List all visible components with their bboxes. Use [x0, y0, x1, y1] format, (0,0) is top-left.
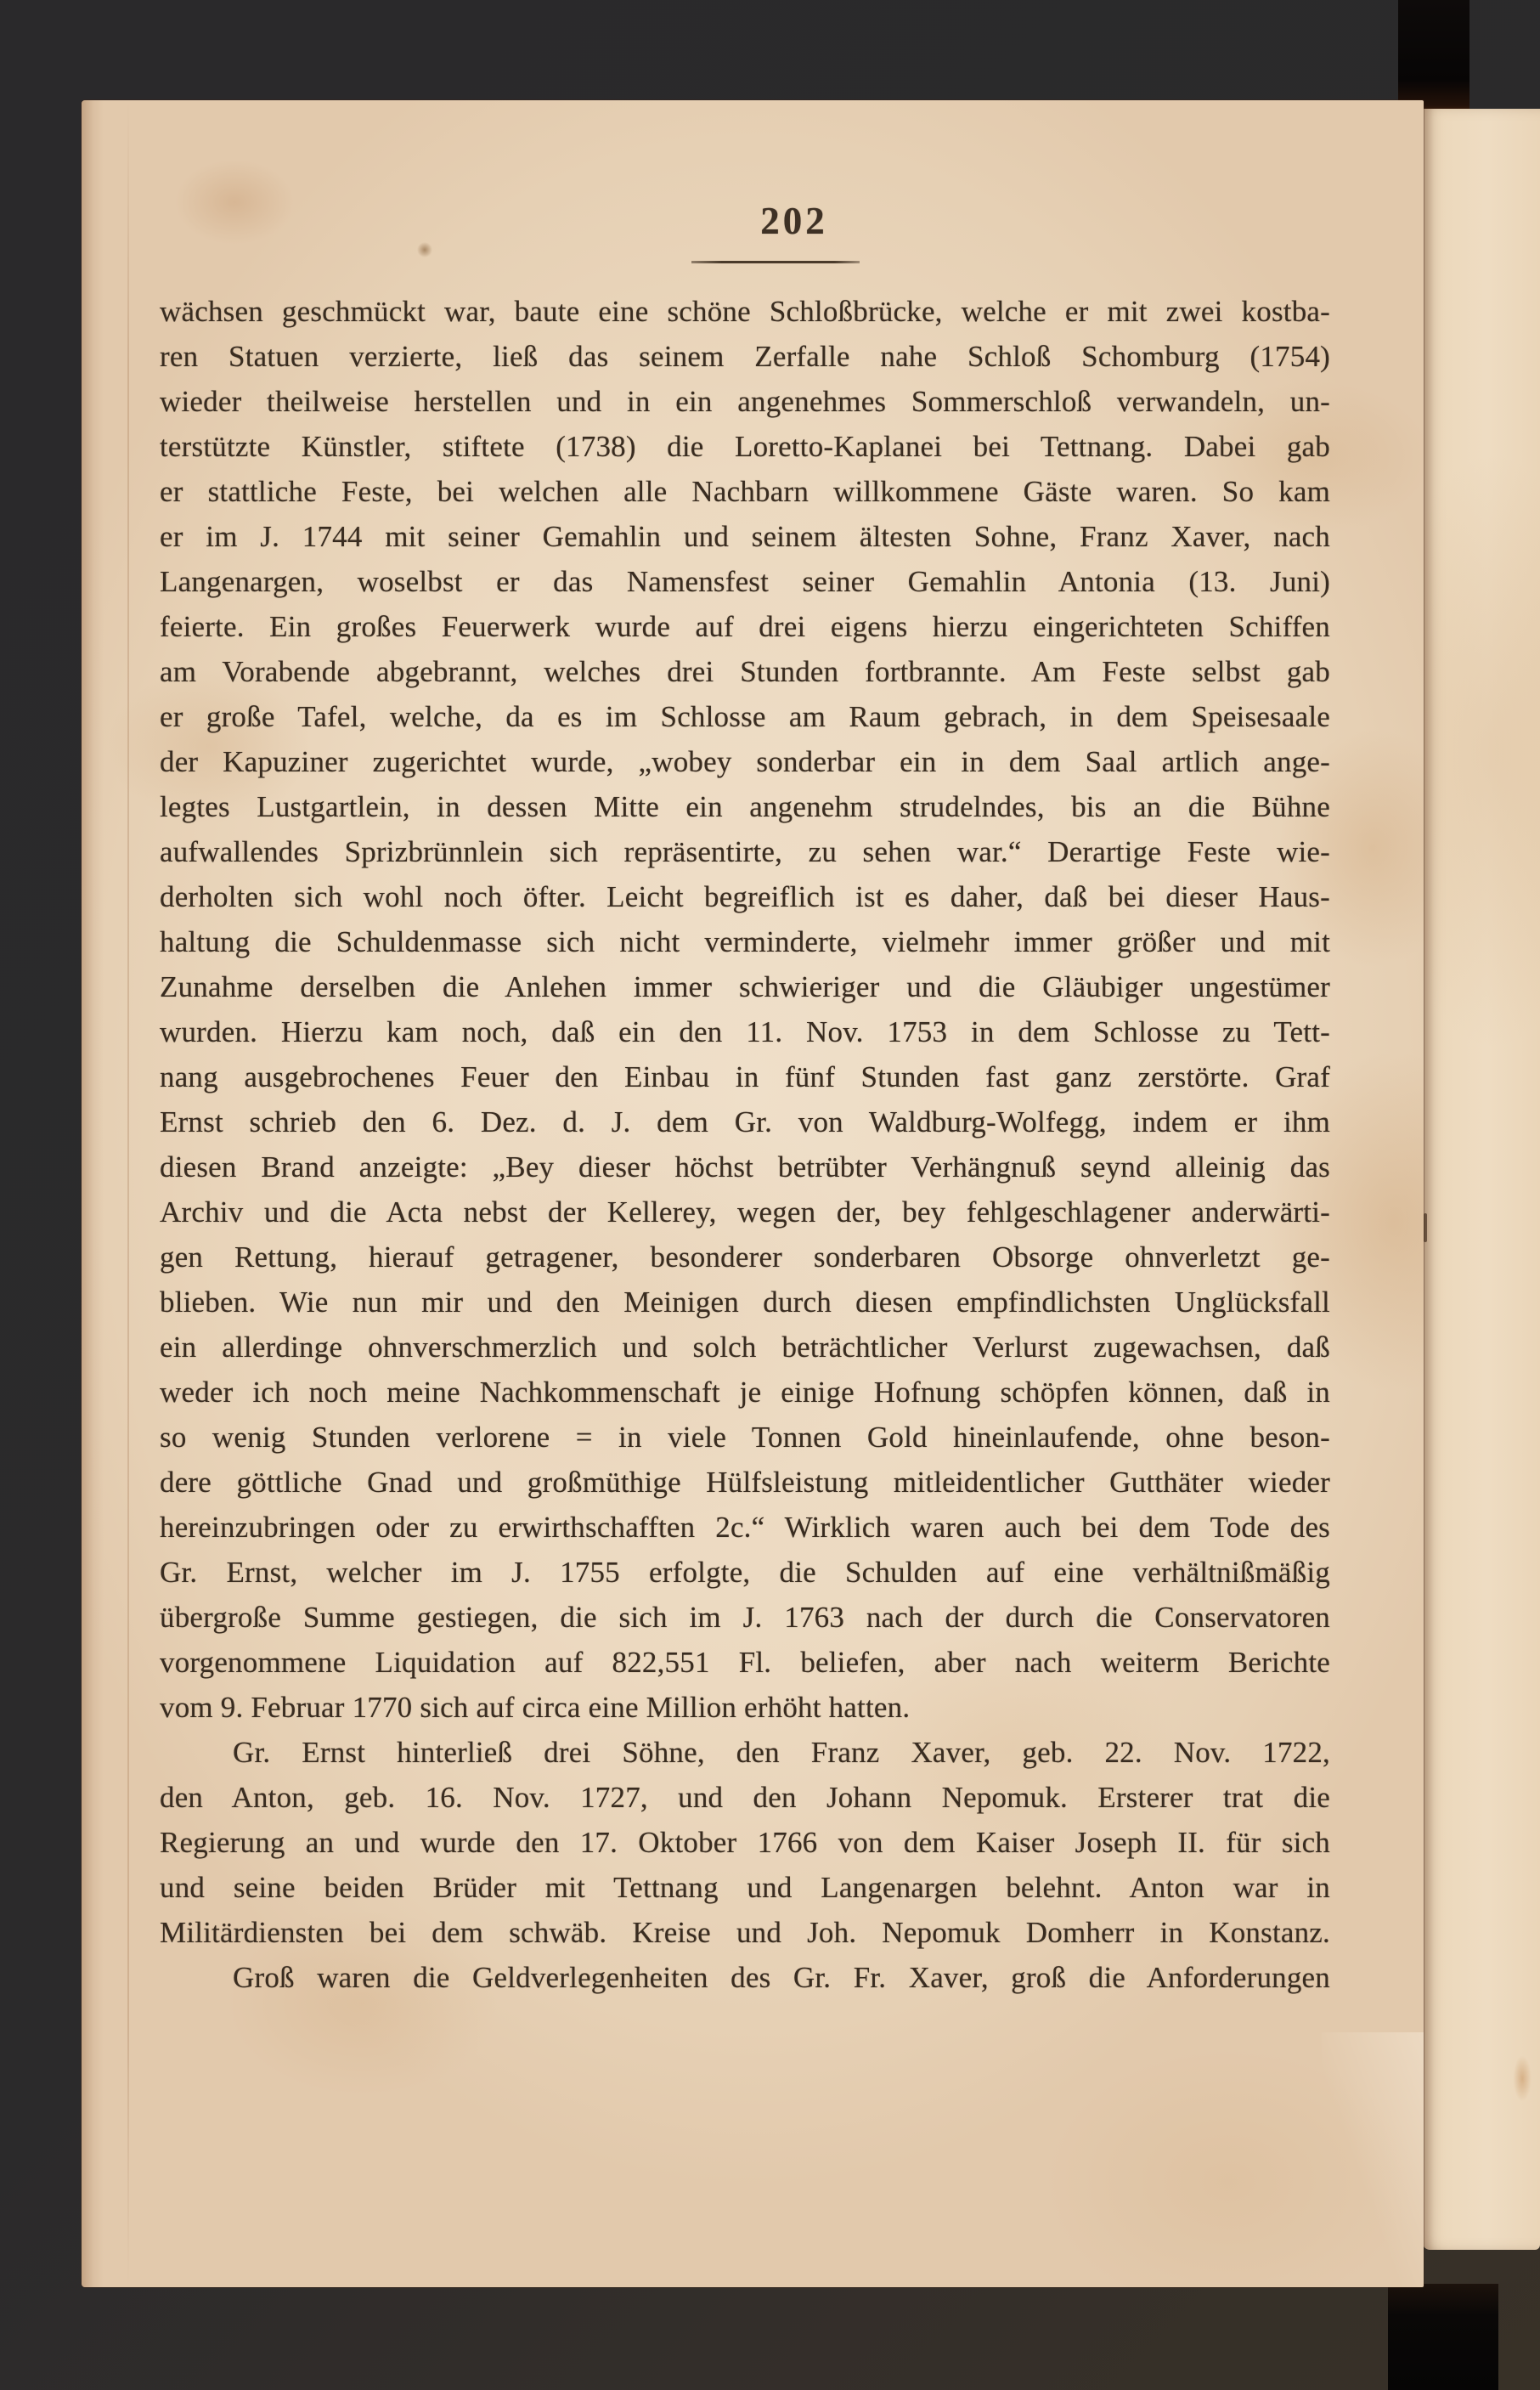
text-line: diesen Brand anzeigte: „Bey dieser höchs… [160, 1144, 1330, 1189]
text-line: derholten sich wohl noch öfter. Leicht b… [160, 874, 1330, 919]
bookmark-ribbon-top [1398, 0, 1469, 110]
text-line: Groß waren die Geldverlegenheiten des Gr… [160, 1955, 1330, 2000]
text-line: so wenig Stunden verlorene = in viele To… [160, 1415, 1330, 1460]
text-line: und seine beiden Brüder mit Tettnang und… [160, 1865, 1330, 1910]
text-line: Gr. Ernst hinterließ drei Söhne, den Fra… [160, 1730, 1330, 1775]
text-line: wächsen geschmückt war, baute eine schön… [160, 289, 1330, 334]
book-page: 202 wächsen geschmückt war, baute eine s… [82, 100, 1424, 2287]
paper-fold-line [127, 100, 129, 2287]
text-line: vom 9. Februar 1770 sich auf circa eine … [160, 1685, 1330, 1730]
text-line: Militärdiensten bei dem schwäb. Kreise u… [160, 1910, 1330, 1955]
page-number: 202 [123, 199, 1465, 243]
text-line: ein allerdinge ohnverschmerzlich und sol… [160, 1325, 1330, 1370]
bookmark-ribbon-bottom [1388, 2284, 1498, 2390]
text-line: wurden. Hierzu kam noch, daß ein den 11.… [160, 1009, 1330, 1054]
text-line: ren Statuen verzierte, ließ das seinem Z… [160, 334, 1330, 379]
text-line: der Kapuziner zugerichtet wurde, „wobey … [160, 739, 1330, 784]
text-line: blieben. Wie nun mir und den Meinigen du… [160, 1280, 1330, 1325]
text-line: Zunahme derselben die Anlehen immer schw… [160, 964, 1330, 1009]
text-line: Langenargen, woselbst er das Namensfest … [160, 559, 1330, 604]
text-line: haltung die Schuldenmasse sich nicht ver… [160, 919, 1330, 964]
scanned-book-spread: { "page": { "number": "202", "lines": [ … [0, 0, 1540, 2390]
text-line: er große Tafel, welche, da es im Schloss… [160, 694, 1330, 739]
text-line: Ernst schrieb den 6. Dez. d. J. dem Gr. … [160, 1099, 1330, 1144]
text-line: dere göttliche Gnad und großmüthige Hülf… [160, 1460, 1330, 1505]
text-line: vorgenommene Liquidation auf 822,551 Fl.… [160, 1640, 1330, 1685]
next-page-edge [1422, 109, 1540, 2250]
text-line: feierte. Ein großes Feuerwerk wurde auf … [160, 604, 1330, 649]
text-line: hereinzubringen oder zu erwirthschafften… [160, 1505, 1330, 1550]
text-line: weder ich noch meine Nachkommenschaft je… [160, 1370, 1330, 1415]
text-line: terstützte Künstler, stiftete (1738) die… [160, 424, 1330, 469]
text-line: den Anton, geb. 16. Nov. 1727, und den J… [160, 1775, 1330, 1820]
corner-fold-highlight [1322, 2032, 1424, 2287]
header-rule [691, 261, 860, 263]
text-line: übergroße Summe gestiegen, die sich im J… [160, 1595, 1330, 1640]
text-line: nang ausgebrochenes Feuer den Einbau in … [160, 1054, 1330, 1099]
text-line: Gr. Ernst, welcher im J. 1755 erfolgte, … [160, 1550, 1330, 1595]
text-line: gen Rettung, hierauf getragener, besonde… [160, 1235, 1330, 1280]
binding-stitch-mark [1424, 1213, 1427, 1242]
text-line: Archiv und die Acta nebst der Kellerey, … [160, 1189, 1330, 1235]
text-line: er stattliche Feste, bei welchen alle Na… [160, 469, 1330, 514]
text-line: legtes Lustgartlein, in dessen Mitte ein… [160, 784, 1330, 829]
text-line: aufwallendes Sprizbrünnlein sich repräse… [160, 829, 1330, 874]
text-line: Regierung an und wurde den 17. Oktober 1… [160, 1820, 1330, 1865]
text-line: am Vorabende abgebrannt, welches drei St… [160, 649, 1330, 694]
page-body: wächsen geschmückt war, baute eine schön… [160, 289, 1330, 2000]
text-line: wieder theilweise herstellen und in ein … [160, 379, 1330, 424]
text-line: er im J. 1744 mit seiner Gemahlin und se… [160, 514, 1330, 559]
